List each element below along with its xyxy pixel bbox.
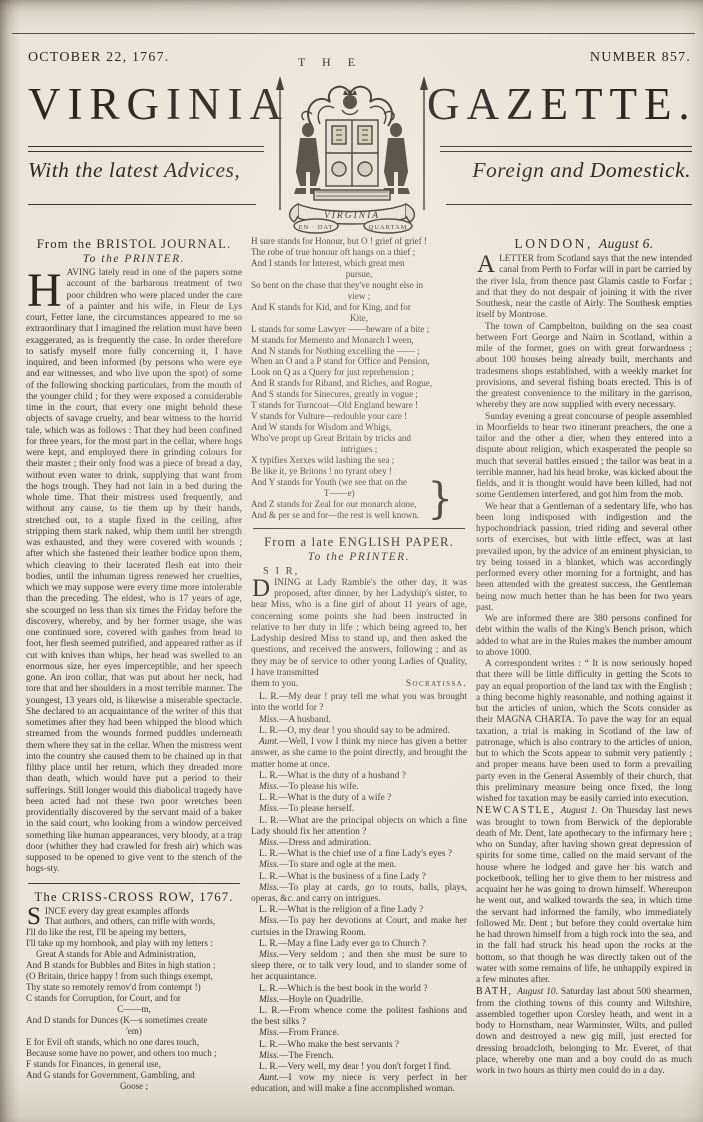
verse-line: And B stands for Bubbles and Bites in hi…: [26, 960, 242, 971]
dialog-line: Aunt.—I vow my niece is very perfect in …: [251, 1073, 467, 1095]
speaker-label: Miss.: [259, 1028, 279, 1038]
dialog-line: L. R.—What is the duty of a wife ?: [251, 793, 467, 804]
speaker-label: L. R.: [259, 1006, 280, 1016]
masthead-rule-right: [446, 204, 692, 205]
issue-date: OCTOBER 22, 1767.: [28, 50, 170, 66]
section-heading: From the BRISTOL JOURNAL.: [26, 237, 242, 252]
columns: From the BRISTOL JOURNAL.To the PRINTER.…: [26, 236, 692, 1118]
run-in-dateline-city: NEWCASTLE,: [476, 805, 561, 816]
verse-line: M stands for Memento and Monarch I ween,: [251, 335, 467, 346]
speaker-label: Miss.: [259, 995, 279, 1005]
drop-cap: H: [26, 268, 67, 310]
speaker-label: Miss.: [259, 883, 279, 893]
verse-line: Because some have no power, and others t…: [26, 1048, 242, 1059]
brace-glyph: }: [428, 476, 467, 521]
masthead-double-rule-left: [28, 146, 264, 152]
verse-brace-group: And Y stands for Youth (we see that on t…: [251, 477, 467, 521]
speaker-label: L. R.: [259, 1040, 278, 1050]
dialog-line: Miss.—Dress and admiration.: [251, 838, 467, 849]
verse-line: L stands for some Lawyer ——beware of a b…: [251, 324, 467, 335]
speaker-label: L. R.: [259, 793, 278, 803]
verse-line: view ;: [251, 291, 467, 302]
section-heading: From a late ENGLISH PAPER.: [251, 535, 467, 550]
verse-line: INCE every day great examples affords: [26, 906, 242, 917]
verse-line: When an O and a P stand for Office and P…: [251, 356, 467, 367]
divider-rule: [28, 883, 240, 884]
dialog-line: L. R.—What are the principal objects on …: [251, 816, 467, 838]
dialog: L. R.—My dear ! pray tell me what you wa…: [251, 692, 467, 1095]
paragraph: Sunday evening a great concourse of peop…: [476, 412, 692, 502]
verse-line: pursue,: [251, 269, 467, 280]
dialog-line: Aunt.—Well, I vow I think my niece has g…: [251, 737, 467, 771]
signature-line: them to you.Socratissa.: [251, 679, 467, 690]
speaker-label: L. R.: [259, 905, 278, 915]
section-heading: The CRISS-CROSS ROW, 1767.: [26, 890, 242, 905]
verse-line: I'll take up my hornbook, and play with …: [26, 938, 242, 949]
speaker-label: Miss.: [259, 916, 279, 926]
verse-line: Great A stands for Able and Administrati…: [26, 949, 242, 960]
paragraph: We hear that a Gentleman of a sedentary …: [476, 502, 692, 615]
dialog-line: L. R.—What is the duty of a husband ?: [251, 771, 467, 782]
paragraph: NEWCASTLE, August 1. On Thursday last ne…: [476, 805, 692, 986]
speaker-label: L. R.: [259, 872, 278, 882]
paragraph: A correspondent writes : “ It is now ser…: [476, 659, 692, 805]
dateline-heading: LONDON, August 6.: [476, 236, 692, 252]
dialog-line: L. R.—My dear ! pray tell me what you wa…: [251, 692, 467, 714]
dialog-line: Miss.—Hoyle on Quadrille.: [251, 995, 467, 1006]
run-in-dateline-date: August 1.: [561, 806, 602, 816]
paragraph: We are informed there are 380 persons co…: [476, 614, 692, 659]
speaker-label: Miss.: [259, 950, 279, 960]
verse-line: Look on Q as a Query for just reprehensi…: [251, 367, 467, 378]
verse-line: And N stands for Nothing excelling the —…: [251, 346, 467, 357]
verse-line: And S stands for Sinecures, greatly in v…: [251, 389, 467, 400]
crest-banner-text: VIRGINIA: [324, 211, 380, 221]
issue-number: NUMBER 857.: [590, 50, 691, 66]
masthead-rule-left: [28, 204, 256, 205]
column-2: H sure stands for Honour, but O ! grief …: [251, 236, 467, 1118]
dialog-line: Miss.—Very seldom ; and then she must be…: [251, 950, 467, 984]
speaker-label: L. R.: [259, 771, 278, 781]
speaker-label: L. R.: [259, 849, 278, 859]
verse-line: V stands for Vulture—redouble your care …: [251, 411, 467, 422]
verse-line: And I stands for Interest, which great m…: [251, 258, 467, 269]
speaker-label: L. R.: [259, 984, 278, 994]
verse-line: The robe of true honour oft hangs on a t…: [251, 247, 467, 258]
dialog-line: Miss.—From France.: [251, 1028, 467, 1039]
tagline-right: Foreign and Domestick.: [472, 158, 691, 183]
dialog-line: L. R.—O, my dear ! you should say to be …: [251, 726, 467, 737]
speaker-label: L. R.: [259, 1062, 278, 1072]
dialog-line: Miss.—To stare and ogle at the men.: [251, 860, 467, 871]
dialog-line: Miss.—To pay her devotions at Court, and…: [251, 916, 467, 938]
drop-cap: D: [251, 578, 274, 599]
verse-line: intrigues ;: [251, 444, 467, 455]
crest-ribbon-right-text: QUARTAM: [369, 224, 408, 231]
verse-line: Goose ;: [26, 1081, 242, 1092]
speaker-label: Aunt.: [259, 1073, 279, 1083]
signature-name: Socratissa.: [406, 679, 467, 690]
verse: And Y stands for Youth (we see that on t…: [251, 477, 428, 521]
verse-line: And K stands for Kid, and for King, and …: [251, 302, 467, 313]
coat-of-arms: VIRGINIA EN · DAT QUARTAM: [260, 68, 444, 236]
verse-line: T stands for Turncoat—Old England beware…: [251, 400, 467, 411]
column-3: LONDON, August 6.ALETTER from Scotland s…: [476, 236, 692, 1118]
verse-line: So bent on the chase that they've nought…: [251, 280, 467, 291]
speaker-label: Miss.: [259, 804, 279, 814]
dialog-line: Miss.—To please herself.: [251, 804, 467, 815]
paragraph: ALETTER from Scotland says that the new …: [476, 254, 692, 322]
verse-line: T——e): [251, 488, 428, 499]
dialog-line: L. R.—Very well, my dear ! you don't for…: [251, 1062, 467, 1073]
dateline-date: August 6.: [599, 236, 654, 251]
dialog-line: Miss.—A husband.: [251, 715, 467, 726]
speaker-label: Miss.: [259, 1051, 279, 1061]
column-1: From the BRISTOL JOURNAL.To the PRINTER.…: [26, 236, 242, 1118]
run-in-dateline-city: BATH,: [476, 986, 517, 997]
coat-of-arms-engraving: VIRGINIA EN · DAT QUARTAM: [260, 68, 444, 236]
speaker-label: Miss.: [259, 715, 279, 725]
dialog-line: Miss.—To please his wife.: [251, 782, 467, 793]
verse-line: C stands for Corruption, for Court, and …: [26, 993, 242, 1004]
tagline-left: With the latest Advices,: [28, 158, 240, 183]
verse-line: I'll do like the rest, I'll be apeing my…: [26, 927, 242, 938]
verse-line: That authors, and others, can trifle wit…: [26, 916, 242, 927]
divider-rule: [253, 528, 465, 529]
speaker-label: Aunt.: [259, 737, 279, 747]
speaker-label: Miss.: [259, 860, 279, 870]
drop-cap: A: [476, 254, 499, 275]
verse: SINCE every day great examples affordsTh…: [26, 906, 242, 1092]
verse-line: E for Evil oft stands, which no one dare…: [26, 1037, 242, 1048]
paragraph: The town of Campbelton, building on the …: [476, 322, 692, 412]
masthead-title-gazette: GAZETTE.: [427, 78, 693, 130]
salutation: S I R,: [251, 566, 467, 578]
dialog-line: L. R.—Who make the best servants ?: [251, 1040, 467, 1051]
verse-line: H sure stands for Honour, but O ! grief …: [251, 236, 467, 247]
newspaper-page: { "masthead": { "date": "OCTOBER 22, 176…: [0, 0, 703, 1122]
dialog-line: L. R.—What is the religion of a fine Lad…: [251, 905, 467, 916]
verse-line: (O Britain, thrice happy ! from such thi…: [26, 971, 242, 982]
verse: H sure stands for Honour, but O ! grief …: [251, 236, 467, 477]
verse-line: Kite,: [251, 313, 467, 324]
verse-line: And G stands for Government, Gambling, a…: [26, 1070, 242, 1081]
verse-line: Thy state so remotely remov'd from conte…: [26, 982, 242, 993]
verse-line: F stands for Finances, in general use,: [26, 1059, 242, 1070]
dialog-line: L. R.—May a fine Lady ever go to Church …: [251, 939, 467, 950]
section-subheading: To the PRINTER.: [251, 551, 467, 563]
verse-line: And D stands for Dunces (K—s sometimes c…: [26, 1015, 242, 1026]
dialog-line: L. R.—From whence come the politest fash…: [251, 1006, 467, 1028]
verse-line: And R stands for Riband, and Riches, and…: [251, 378, 467, 389]
crest-ribbon-left-text: EN · DAT: [299, 224, 334, 231]
verse-line: And Z stands for Zeal for our monarch al…: [251, 499, 428, 510]
masthead-double-rule-right: [440, 146, 692, 152]
dateline-city: LONDON,: [514, 236, 599, 251]
dialog-line: Miss.—To play at cards, go to routs, bal…: [251, 883, 467, 905]
verse-line: X typifies Xerxes wild lashing the sea ;: [251, 455, 467, 466]
speaker-label: L. R.: [259, 692, 279, 702]
speaker-label: L. R.: [259, 939, 278, 949]
verse-line: 'em): [26, 1026, 242, 1037]
verse-line: Who've propt up Great Britain by tricks …: [251, 433, 467, 444]
dialog-line: L. R.—Which is the best book in the worl…: [251, 984, 467, 995]
dialog-line: L. R.—What is the business of a fine Lad…: [251, 872, 467, 883]
drop-cap: S: [26, 906, 45, 927]
page-top-rule: [12, 33, 695, 34]
dialog-line: L. R.—What is the chief use of a fine La…: [251, 849, 467, 860]
verse-line: And W stands for Wisdom and Whigs,: [251, 422, 467, 433]
run-in-dateline-date: August 10.: [517, 987, 561, 997]
paragraph: HAVING lately read in one of the papers …: [26, 268, 242, 876]
paragraph: DINING at Lady Ramble's the other day, i…: [251, 578, 467, 679]
paragraph: BATH, August 10. Saturday last about 500…: [476, 986, 692, 1077]
verse-line: C——m,: [26, 1004, 242, 1015]
speaker-label: Miss.: [259, 782, 279, 792]
dialog-line: Miss.—The French.: [251, 1051, 467, 1062]
speaker-label: Miss.: [259, 838, 279, 848]
verse-line: And & per se and for—the rest is well kn…: [251, 510, 428, 521]
speaker-label: L. R.: [259, 726, 278, 736]
speaker-label: L. R.: [259, 816, 279, 826]
masthead-title-virginia: VIRGINIA: [28, 78, 270, 130]
verse-line: And Y stands for Youth (we see that on t…: [251, 477, 428, 488]
signature-left: them to you.: [251, 679, 298, 690]
